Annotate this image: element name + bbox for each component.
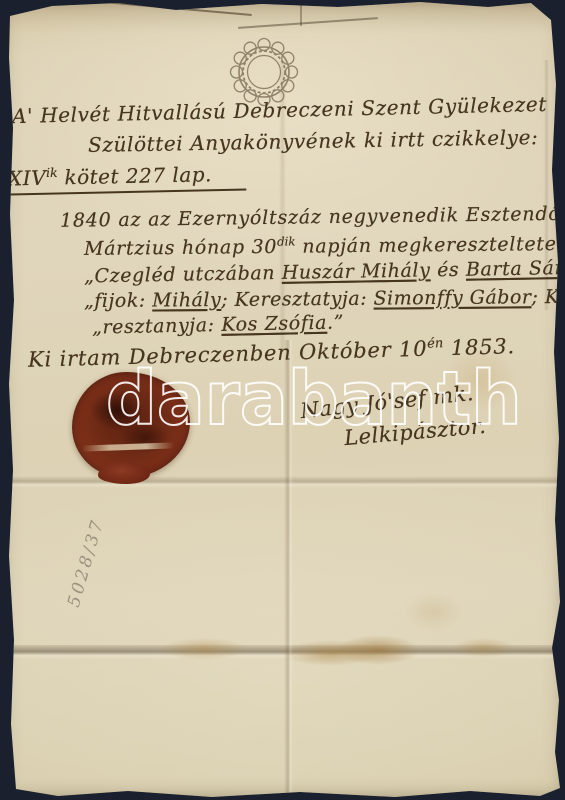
stain xyxy=(404,592,464,632)
ordinal-superscript: dik xyxy=(277,234,296,248)
top-flap-shading xyxy=(0,0,565,34)
title-line-2: Szülöttei Anyakönyvének ki irtt czikkely… xyxy=(88,125,539,157)
godfather-name: Simonffy Gábor xyxy=(374,286,532,309)
top-crease-line xyxy=(238,17,378,29)
father-name: Huszár Mihály xyxy=(282,259,431,284)
top-crease-line xyxy=(300,0,302,26)
body-line-godmother: „resztanyja: Kos Zsófia.” xyxy=(92,311,344,338)
stain xyxy=(336,635,420,665)
top-crease-line xyxy=(92,0,252,16)
godmother-name: Kos Zsófia xyxy=(221,312,327,336)
ordinal-superscript: én xyxy=(427,336,444,351)
pencil-archive-note: 5028/37 xyxy=(64,516,108,610)
wax-seal xyxy=(72,372,190,478)
closing-date-line: Ki irtam Debreczenben Október 10én 1853. xyxy=(28,334,516,372)
photo-backdrop: A' Helvét Hitvallású Debreczeni Szent Gy… xyxy=(0,0,565,800)
wax-seal-drip xyxy=(98,462,150,484)
body-line-child-godfather: „fijok: Mihály; Keresztatyja: Simonffy G… xyxy=(84,286,565,312)
ordinal-superscript: ik xyxy=(46,164,58,179)
wax-seal-highlight xyxy=(82,442,174,451)
volume-underlined-text: XIVik kötet 227 lap. xyxy=(8,161,246,195)
vertical-fold-line xyxy=(284,340,293,800)
signature-title: Lelkipásztor. xyxy=(343,414,487,450)
body-line-date: Mártzius hónap 30dik napján megkeresztel… xyxy=(84,231,565,260)
stain xyxy=(452,638,516,658)
horizontal-fold-line-stained xyxy=(0,645,565,659)
horizontal-fold-line xyxy=(0,476,565,488)
volume-page-reference: XIVik kötet 227 lap. xyxy=(8,161,246,191)
body-line-year: 1840 az az Ezernyóltszáz negyvenedik Esz… xyxy=(60,202,565,232)
title-line-1: A' Helvét Hitvallású Debreczeni Szent Gy… xyxy=(12,92,547,128)
document-paper: A' Helvét Hitvallású Debreczeni Szent Gy… xyxy=(0,0,565,800)
body-line-parents: „Czegléd utczában Huszár Mihály és Barta… xyxy=(84,257,565,288)
stain xyxy=(282,640,380,666)
mother-name: Barta Sára” xyxy=(466,257,565,281)
stain xyxy=(160,638,248,660)
child-name: Mihály xyxy=(152,289,221,312)
